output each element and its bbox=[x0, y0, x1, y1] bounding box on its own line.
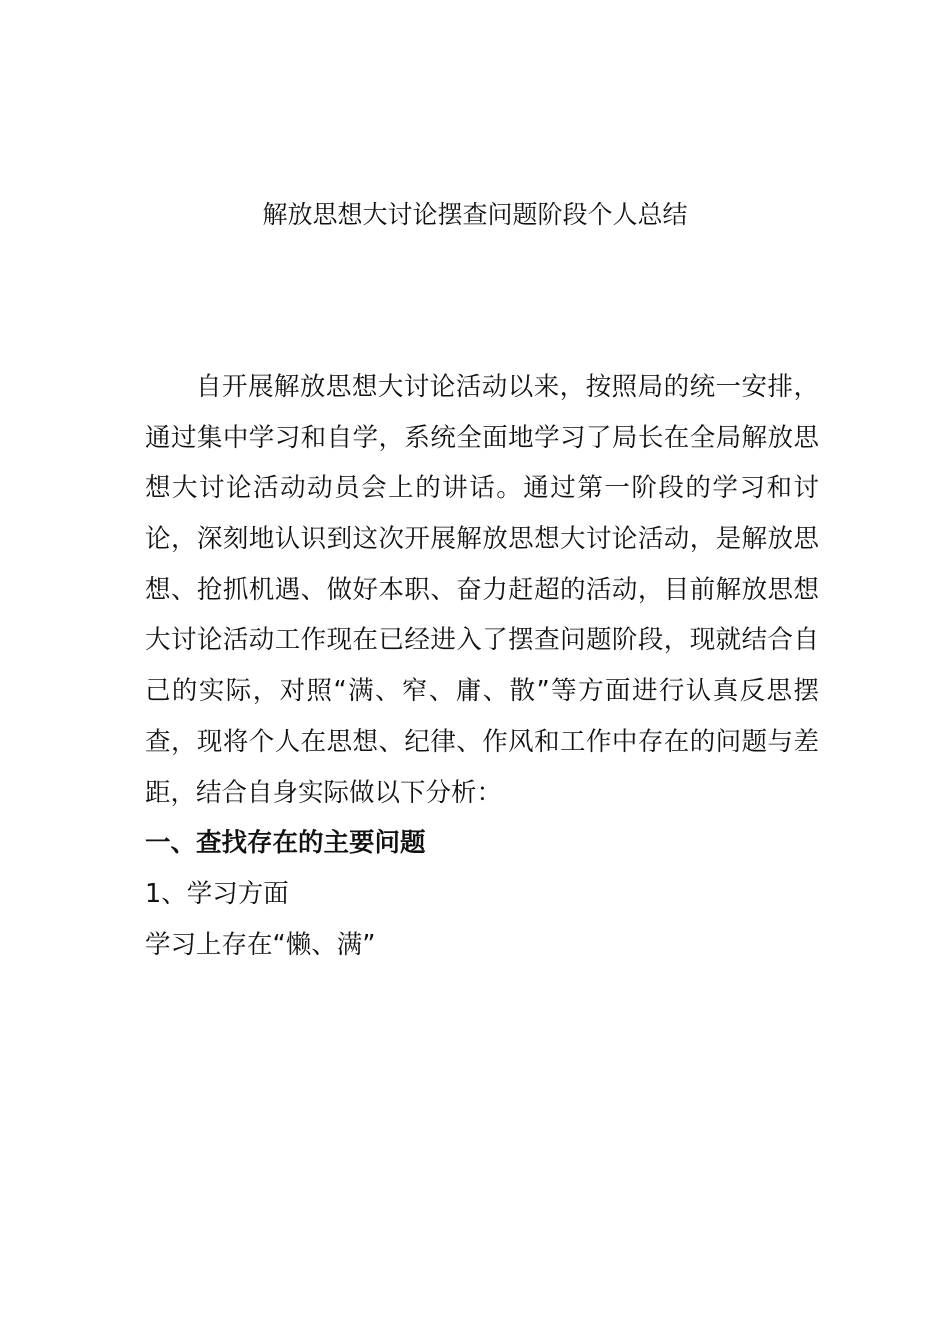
intro-paragraph-line: 自开展解放思想大讨论活动以来，按照局的统一安排， bbox=[145, 362, 819, 413]
intro-paragraph-line: 查，现将个人在思想、纪律、作风和工作中存在的问题与差 bbox=[145, 717, 819, 768]
intro-paragraph-line: 大讨论活动工作现在已经进入了摆查问题阶段，现就结合自 bbox=[145, 615, 819, 666]
intro-paragraph-line: 通过集中学习和自学，系统全面地学习了局长在全局解放思 bbox=[145, 413, 819, 464]
document-title: 解放思想大讨论摆查问题阶段个人总结 bbox=[0, 198, 950, 232]
document-body: 自开展解放思想大讨论活动以来，按照局的统一安排， 通过集中学习和自学，系统全面地… bbox=[145, 362, 819, 970]
subsection-text: 学习上存在“懒、满” bbox=[145, 920, 819, 971]
intro-paragraph-line: 论，深刻地认识到这次开展解放思想大讨论活动，是解放思 bbox=[145, 514, 819, 565]
section-heading: 一、查找存在的主要问题 bbox=[145, 818, 819, 869]
intro-paragraph-line: 想、抢抓机遇、做好本职、奋力赶超的活动，目前解放思想 bbox=[145, 565, 819, 616]
intro-paragraph-line: 己的实际，对照“满、窄、庸、散”等方面进行认真反思摆 bbox=[145, 666, 819, 717]
intro-paragraph-line: 距，结合自身实际做以下分析： bbox=[145, 768, 819, 819]
subsection-heading: 1、学习方面 bbox=[145, 869, 819, 920]
intro-paragraph-line: 想大讨论活动动员会上的讲话。通过第一阶段的学习和讨 bbox=[145, 463, 819, 514]
